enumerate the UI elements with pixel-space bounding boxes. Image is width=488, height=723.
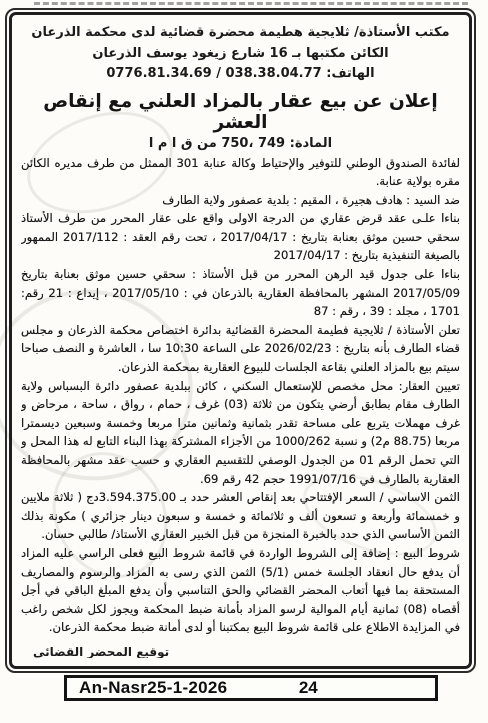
legal-article-reference: المادة: 749 ،750 من ق ا م ا [21, 136, 460, 151]
page-border-inner: مكتب الأستاذة/ ثلايجية هطيمة محضرة قضائي… [9, 12, 472, 669]
paragraph-mortgage-registration: بناءا على جدول قيد الرهن المحرر من قبل ا… [21, 265, 460, 321]
announcement-body: لفائدة الصندوق الوطني للتوفير والإحتياط … [21, 154, 460, 637]
newspaper-footer-strip: An-Nasr25-1-2026 24 [64, 675, 438, 701]
paragraph-property-designation: تعيين العقار: محل مخصص للإستعمال السكني … [21, 377, 460, 489]
office-name-line: مكتب الأستاذة/ ثلايجية هطيمة محضرة قضائي… [21, 23, 460, 44]
announcement-title: إعلان عن بيع عقار بالمزاد العلني مع إنقا… [21, 91, 460, 133]
newspaper-name-and-date: An-Nasr25-1-2026 [67, 678, 227, 698]
notice-content: مكتب الأستاذة/ ثلايجية هطيمة محضرة قضائي… [21, 20, 460, 658]
issue-date: 25-1-2026 [147, 678, 227, 697]
bailiff-signature-line: توقيع المحضر القضائي [21, 645, 460, 658]
office-address-line: الكائن مكتبها بـ 16 شارع زيغود يوسف الذر… [21, 44, 460, 65]
scanned-announcement-page: مكتب الأستاذة/ ثلايجية هطيمة محضرة قضائي… [0, 0, 488, 723]
paragraph-loan-deed: بناءا علـى عقد قرض عقاري من الدرجة الاول… [21, 209, 460, 265]
page-border-outer: مكتب الأستاذة/ ثلايجية هطيمة محضرة قضائي… [5, 8, 476, 673]
office-phone-line: الهاتف: 038.38.04.77 / 0776.81.34.69 [21, 64, 460, 85]
paragraph-sale-conditions: شروط البيع : إضافة إلى الشروط الواردة في… [21, 544, 460, 637]
newspaper-name: An-Nasr [79, 678, 147, 697]
paragraph-defendant: ضد السيد : هادف هجيرة ، المقيم : بلدية ع… [21, 191, 460, 210]
scan-edge-artifact [34, 2, 468, 5]
paragraph-opening-price: الثمن الاساسي / السعر الإفتتاحي بعد إنقا… [21, 488, 460, 544]
bailiff-office-header: مكتب الأستاذة/ ثلايجية هطيمة محضرة قضائي… [21, 20, 460, 85]
newspaper-page-number: 24 [299, 678, 318, 698]
paragraph-beneficiary: لفائدة الصندوق الوطني للتوفير والإحتياط … [21, 154, 460, 191]
paragraph-auction-date: تعلن الأستاذة / ثلايجية فطيمة المحضرة ال… [21, 321, 460, 377]
